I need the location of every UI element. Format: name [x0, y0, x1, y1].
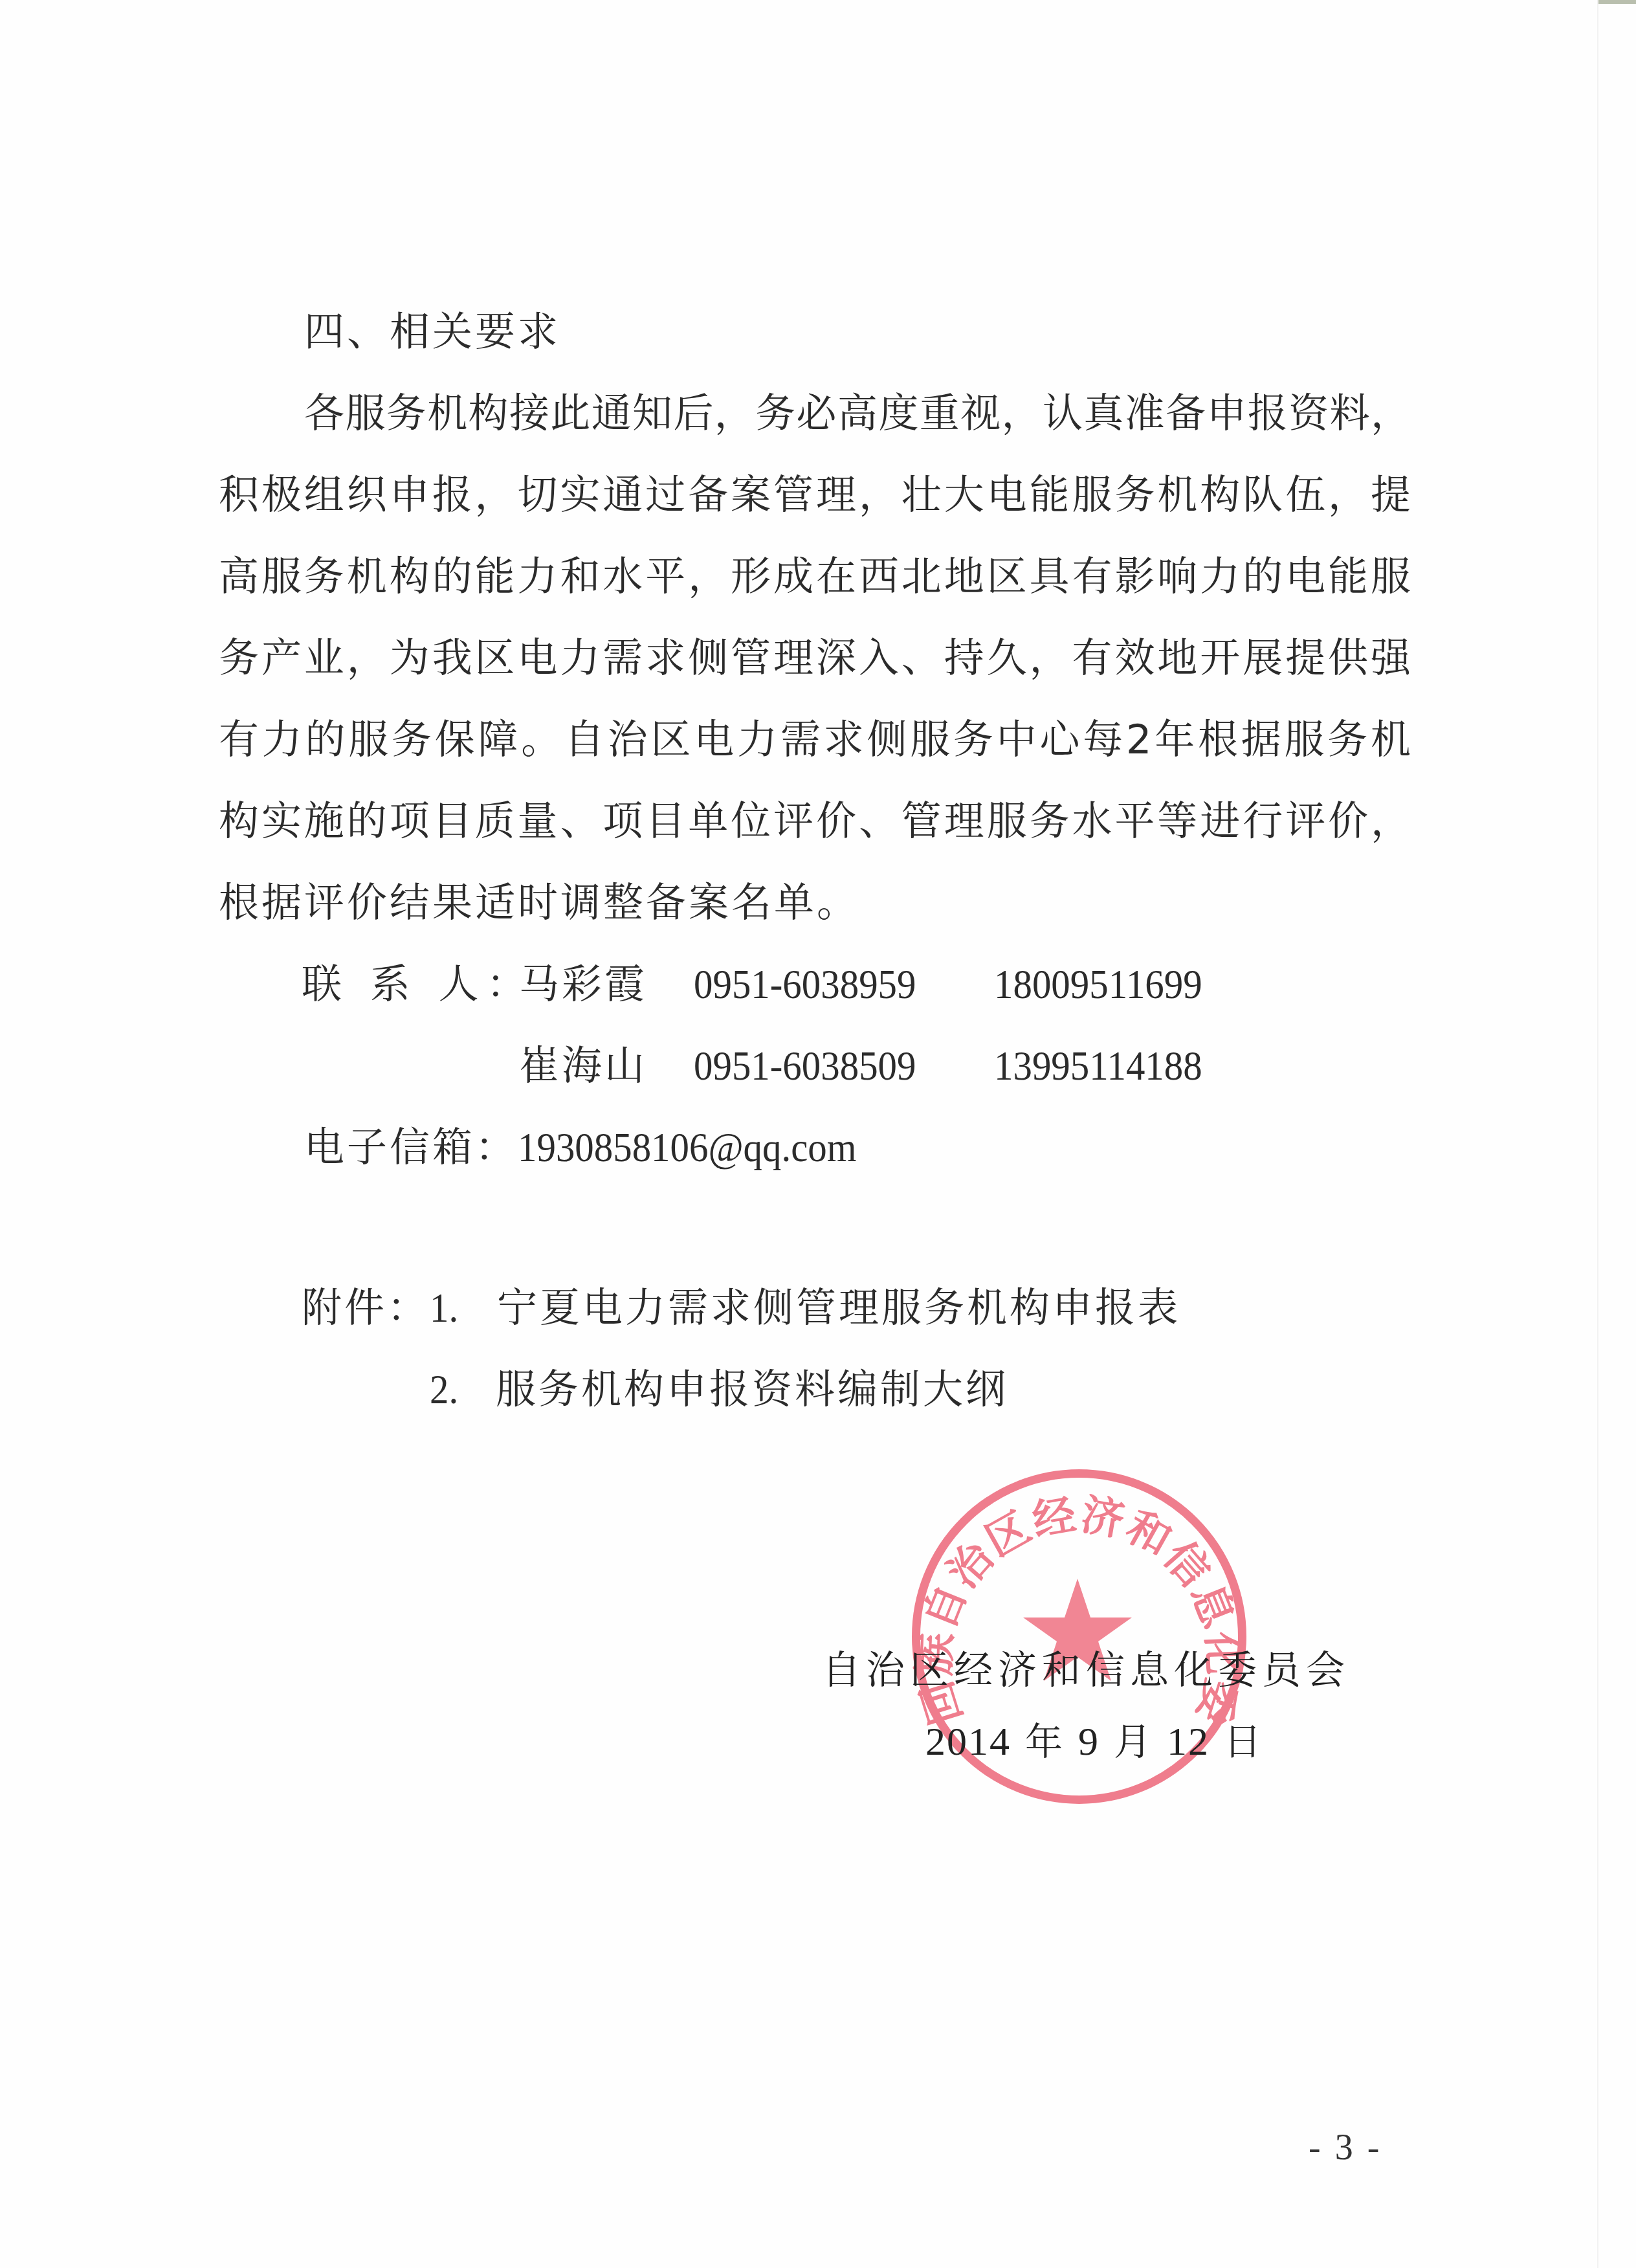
contact-mobile: 18009511699	[994, 963, 1202, 1006]
contact-phone: 0951-6038959	[694, 963, 916, 1006]
body-line: 构实施的项目质量、项目单位评价、管理服务水平等进行评价，	[219, 800, 1411, 843]
date-month-unit: 月	[1114, 1720, 1153, 1764]
body-line: 有力的服务保障。自治区电力需求侧服务中心每2年根据服务机	[219, 718, 1411, 761]
attachment-title: 服务机构申报资料编制大纲	[496, 1368, 1008, 1411]
body-line: 务产业，为我区电力需求侧管理深入、持久，有效地开展提供强	[219, 637, 1411, 680]
body-line: 根据评价结果适时调整备案名单。	[219, 882, 859, 924]
contact-name: 马彩霞	[519, 963, 647, 1006]
document-page: 四、相关要求 各服务机构接此通知后，务必高度重视，认真准备申报资料， 积极组织申…	[0, 0, 1636, 2268]
body-line: 各服务机构接此通知后，务必高度重视，认真准备申报资料，	[304, 392, 1411, 435]
date-day: 12	[1167, 1720, 1210, 1764]
attachment-number: 2.	[430, 1368, 458, 1411]
contact-phone: 0951-6038509	[694, 1045, 916, 1087]
date-day-unit: 日	[1224, 1720, 1263, 1764]
attachment-number: 1.	[430, 1287, 458, 1329]
body-line: 积极组织申报，切实通过备案管理，壮大电能服务机构队伍，提	[219, 474, 1411, 517]
attachments-label: 附件：	[302, 1287, 430, 1329]
signing-organization: 自治区经济和信息化委员会	[822, 1649, 1350, 1692]
date-year-unit: 年	[1025, 1720, 1064, 1764]
signing-date: 2014年9月12日	[925, 1720, 1277, 1763]
email-label: 电子信箱：	[304, 1126, 518, 1169]
date-year: 2014	[925, 1720, 1011, 1764]
contact-label: 联 系 人：	[302, 963, 534, 1006]
page-number: - 3 -	[1309, 2128, 1382, 2167]
date-month: 9	[1078, 1720, 1100, 1764]
scan-edge-line	[1597, 0, 1598, 2268]
contact-mobile: 13995114188	[994, 1045, 1202, 1087]
body-line: 高服务机构的能力和水平，形成在西北地区具有影响力的电能服	[219, 555, 1411, 598]
section-heading: 四、相关要求	[304, 311, 560, 353]
attachment-title: 宁夏电力需求侧管理服务机构申报表	[497, 1287, 1180, 1329]
email-address: 1930858106@qq.com	[518, 1126, 857, 1169]
scan-corner-mark	[1598, 0, 1636, 4]
contact-name: 崔海山	[519, 1045, 647, 1087]
